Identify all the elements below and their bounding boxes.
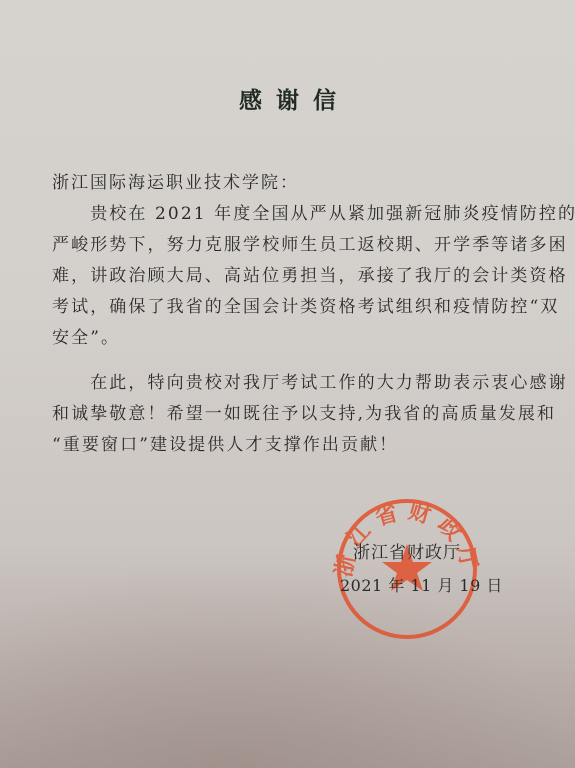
paragraph-line: 安全”。 <box>52 323 526 354</box>
paragraph-2: 在此，特向贵校对我厅考试工作的大力帮助表示衷心感谢 和诚挚敬意！希望一如既往予以… <box>52 368 526 461</box>
letter-date: 2021 年 11 月 19 日 <box>340 573 503 596</box>
paragraph-line: 和诚挚敬意！希望一如既往予以支持,为我省的高质量发展和 <box>52 399 526 430</box>
paragraph-line: 严峻形势下，努力克服学校师生员工返校期、开学季等诸多困 <box>52 230 526 261</box>
paragraph-1: 贵校在 2021 年度全国从严从紧加强新冠肺炎疫情防控的 严峻形势下，努力克服学… <box>52 199 526 354</box>
paragraph-line: 考试，确保了我省的全国会计类资格考试组织和疫情防控“双 <box>52 292 526 323</box>
paragraph-line: 在此，特向贵校对我厅考试工作的大力帮助表示衷心感谢 <box>52 368 526 399</box>
paragraph-line: 贵校在 2021 年度全国从严从紧加强新冠肺炎疫情防控的 <box>52 199 526 230</box>
paragraph-line: 难，讲政治顾大局、高站位勇担当，承接了我厅的会计类资格 <box>52 261 526 292</box>
letter-title: 感谢信 <box>0 82 575 115</box>
salutation: 浙江国际海运职业技术学院： <box>52 168 299 193</box>
paragraph-line: “重要窗口”建设提供人才支撑作出贡献！ <box>52 430 526 461</box>
signer-name: 浙江省财政厅 <box>353 538 461 563</box>
official-seal: 浙江省财政厅 <box>332 494 482 644</box>
